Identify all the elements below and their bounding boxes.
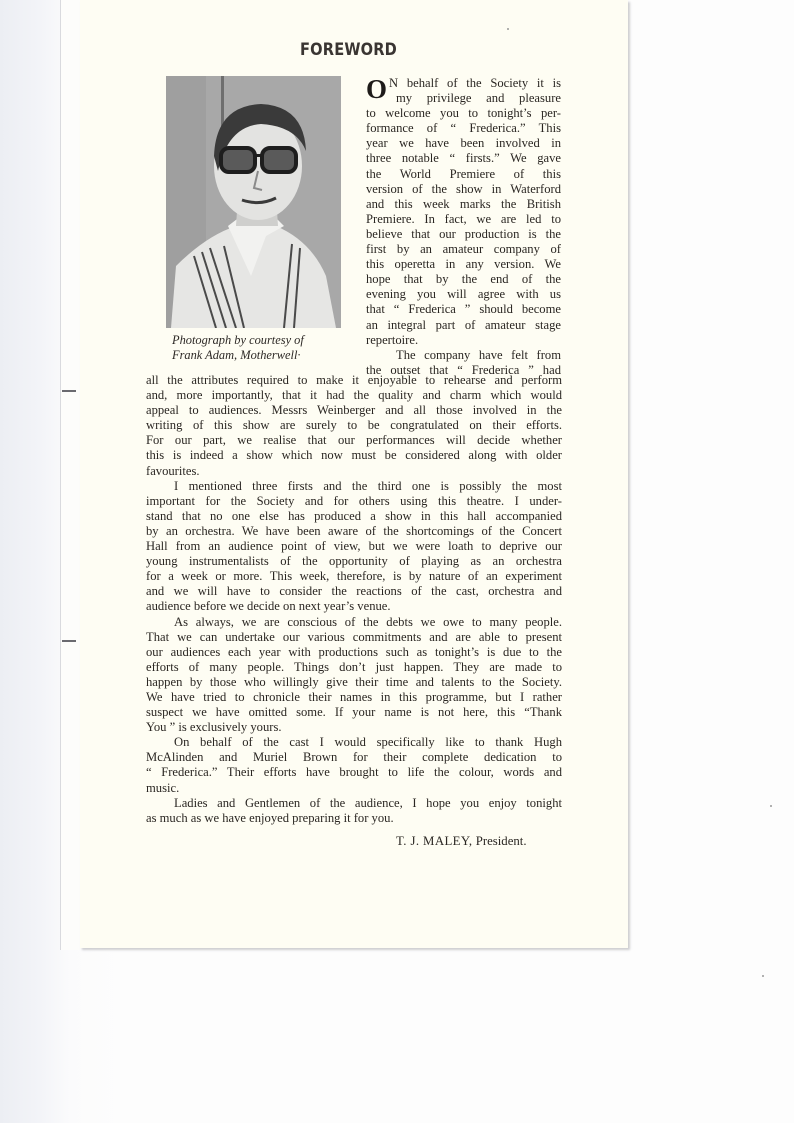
text-line: “ Frederica.” Their efforts have brought… xyxy=(146,765,562,780)
text-line: favourites. xyxy=(146,464,562,479)
text-line: believe that our production is the xyxy=(366,227,561,242)
paragraph: all the attributes required to make it e… xyxy=(146,373,562,479)
text-line: On behalf of the cast I would specifical… xyxy=(146,735,562,750)
text-line: stand that no one else has produced a sh… xyxy=(146,509,562,524)
portrait-illustration xyxy=(166,76,341,328)
text-line: my privilege and pleasure xyxy=(366,91,561,106)
signature: T. J. MALEY, President. xyxy=(396,834,556,849)
text-line: evening you will agree with us xyxy=(366,287,561,302)
text-line: that “ Frederica ” should become xyxy=(366,302,561,317)
text-line: music. xyxy=(146,781,562,796)
text-line: to welcome you to tonight’s per- xyxy=(366,106,561,121)
scan-speck xyxy=(770,805,772,807)
text-line: McAlinden and Muriel Brown for their com… xyxy=(146,750,562,765)
photo-caption: Photograph by courtesy of Frank Adam, Mo… xyxy=(172,333,362,363)
text-line: You ” is exclusively yours. xyxy=(146,720,562,735)
body-text: all the attributes required to make it e… xyxy=(146,373,562,826)
text-line: this operetta in any version. We xyxy=(366,257,561,272)
text-line: The company have felt from xyxy=(366,348,561,363)
text-line: by an orchestra. We have been aware of t… xyxy=(146,524,562,539)
text-line: version of the show in Waterford xyxy=(366,182,561,197)
text-line: Hall from an audience point of view, but… xyxy=(146,539,562,554)
opening-column: O N behalf of the Society it is my privi… xyxy=(366,76,561,378)
text-line: our audiences each year with productions… xyxy=(146,645,562,660)
adjacent-page-edge xyxy=(60,0,81,950)
text-line: I mentioned three firsts and the third o… xyxy=(146,479,562,494)
binding-mark xyxy=(62,640,76,642)
page-title: FOREWORD xyxy=(300,40,386,60)
drop-cap: O xyxy=(366,78,387,100)
paragraph: Ladies and Gentlemen of the audience, I … xyxy=(146,796,562,826)
caption-line: Photograph by courtesy of xyxy=(172,333,362,348)
text-line: N behalf of the Society it is xyxy=(366,76,561,91)
text-line: year we have been involved in xyxy=(366,136,561,151)
text-line: and we will have to consider the reactio… xyxy=(146,584,562,599)
text-line: We have tried to chronicle their names i… xyxy=(146,690,562,705)
caption-line: Frank Adam, Motherwell· xyxy=(172,348,362,363)
text-line: and, more importantly, that it had the q… xyxy=(146,388,562,403)
text-line: audience before we decide on next year’s… xyxy=(146,599,562,614)
binding-mark xyxy=(62,390,76,392)
text-line: first by an amateur company of xyxy=(366,242,561,257)
text-line: Ladies and Gentlemen of the audience, I … xyxy=(146,796,562,811)
text-line: Premiere. In fact, we are led to xyxy=(366,212,561,227)
text-line: appeal to audiences. Messrs Weinberger a… xyxy=(146,403,562,418)
text-line: repertoire. xyxy=(366,333,561,348)
portrait-photo xyxy=(166,76,341,328)
text-line: three notable “ firsts.” We gave xyxy=(366,151,561,166)
text-line: As always, we are conscious of the debts… xyxy=(146,615,562,630)
paragraph: As always, we are conscious of the debts… xyxy=(146,615,562,736)
text-line: writing of this show are surely to be co… xyxy=(146,418,562,433)
text-line: For our part, we realise that our perfor… xyxy=(146,433,562,448)
text-line: suspect we have omitted some. If your na… xyxy=(146,705,562,720)
paragraph: On behalf of the cast I would specifical… xyxy=(146,735,562,795)
paragraph: I mentioned three firsts and the third o… xyxy=(146,479,562,615)
text-line: That we can undertake our various commit… xyxy=(146,630,562,645)
text-line: all the attributes required to make it e… xyxy=(146,373,562,388)
text-line: as much as we have enjoyed preparing it … xyxy=(146,811,562,826)
scan-speck xyxy=(507,28,509,30)
text-line: young instrumentalists of the opportunit… xyxy=(146,554,562,569)
signatory-role: President. xyxy=(476,834,527,848)
text-line: important for the Society and for others… xyxy=(146,494,562,509)
text-line: this is indeed a show which now must be … xyxy=(146,448,562,463)
text-line: efforts of many people. Things don’t jus… xyxy=(146,660,562,675)
text-line: and this week marks the British xyxy=(366,197,561,212)
text-line: happen by those who willingly give their… xyxy=(146,675,562,690)
text-line: the World Premiere of this xyxy=(366,167,561,182)
text-line: for a week or more. This week, therefore… xyxy=(146,569,562,584)
signatory-name: T. J. MALEY, xyxy=(396,834,473,848)
text-line: formance of “ Frederica.” This xyxy=(366,121,561,136)
text-line: an integral part of amateur stage xyxy=(366,318,561,333)
text-line: hope that by the end of the xyxy=(366,272,561,287)
scan-speck xyxy=(762,975,764,977)
